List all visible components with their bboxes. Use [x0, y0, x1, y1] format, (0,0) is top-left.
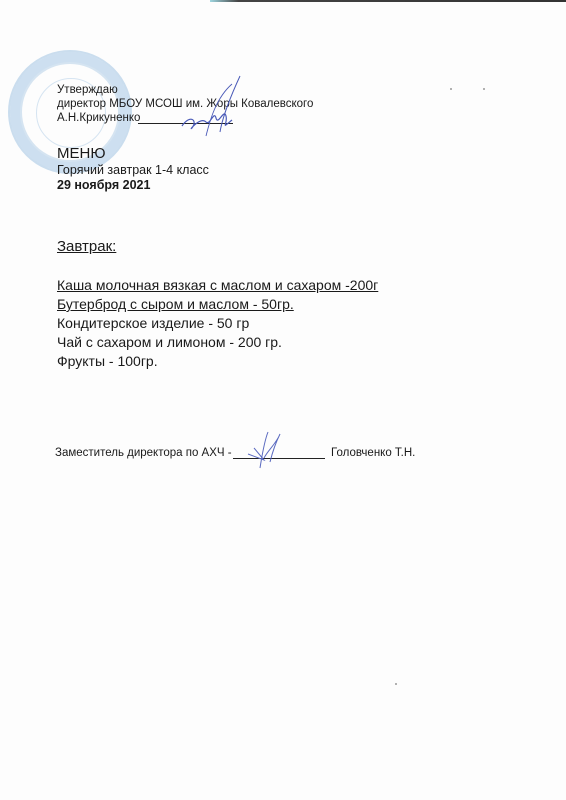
approval-label: Утверждаю [57, 83, 118, 97]
approval-name: А.Н.Крикуненко [57, 111, 140, 125]
menu-item: Чай с сахаром и лимоном - 200 гр. [57, 333, 282, 351]
menu-item: Кондитерское изделие - 50 гр [57, 314, 249, 332]
menu-subtitle: Горячий завтрак 1-4 класс [57, 162, 209, 178]
deputy-name: Головченко Т.Н. [331, 446, 415, 460]
menu-item: Фрукты - 100гр. [57, 352, 158, 370]
page-title: МЕНЮ [57, 145, 106, 163]
scan-speck [450, 88, 452, 90]
director-signature-icon [176, 70, 246, 138]
scan-top-edge [210, 0, 566, 2]
deputy-position: Заместитель директора по АХЧ - [55, 446, 232, 460]
meal-section-title: Завтрак: [57, 238, 116, 256]
deputy-signature-icon [246, 428, 286, 472]
scan-speck [395, 683, 397, 685]
scan-speck [483, 88, 485, 90]
menu-date: 29 ноября 2021 [57, 177, 150, 193]
menu-item: Каша молочная вязкая с маслом и сахаром … [57, 276, 378, 294]
menu-item: Бутерброд с сыром и маслом - 50гр. [57, 295, 294, 313]
